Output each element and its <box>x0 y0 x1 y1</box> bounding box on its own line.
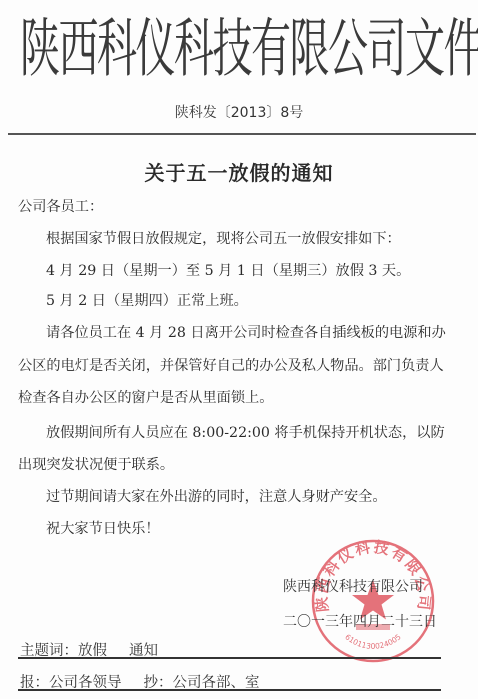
body-line: 5 月 2 日（星期四）正常上班。 <box>46 290 248 310</box>
notice-title: 关于五一放假的通知 <box>0 157 478 186</box>
footer-divider <box>18 689 441 691</box>
body-line: 4 月 29 日（星期一）至 5 月 1 日（星期三）放假 3 天。 <box>46 260 410 280</box>
body-line: 过节期间请大家在外出游的同时，注意人身财产安全。 <box>46 486 387 506</box>
document-page: 陕西科仪科技有限公司文件 陕科发〔2013〕8号 关于五一放假的通知 公司各员工… <box>0 0 478 699</box>
signer-name: 陕西科仪科技有限公司 <box>283 576 423 596</box>
seal-number: 6101130024005 <box>343 632 403 651</box>
body-line: 出现突发状况便于联系。 <box>18 454 174 474</box>
salutation: 公司各员工： <box>18 196 103 216</box>
issue-date: 二〇一三年四月二十三日 <box>283 611 437 631</box>
body-line: 公区的电灯是否关闭，并保管好自己的办公及私人物品。部门负责人 <box>18 355 444 375</box>
body-line: 祝大家节日快乐！ <box>46 518 160 538</box>
body-line: 放假期间所有人员应在 8:00-22:00 将手机保持开机状态，以防 <box>46 422 445 442</box>
company-seal-icon: 陕西科仪科技有限公司 6101130024005 <box>310 538 436 664</box>
svg-text:6101130024005: 6101130024005 <box>343 632 403 651</box>
header-divider <box>8 133 476 135</box>
document-number: 陕科发〔2013〕8号 <box>0 102 478 122</box>
masthead-title: 陕西科仪科技有限公司文件 <box>20 6 343 94</box>
footer-divider <box>18 657 441 659</box>
body-line: 请各位员工在 4 月 28 日离开公司时检查各自插线板的电源和办 <box>46 322 446 342</box>
body-line: 根据国家节假日放假规定，现将公司五一放假安排如下： <box>46 228 401 248</box>
body-line: 检查各自办公区的窗户是否从里面锁上。 <box>18 387 273 407</box>
